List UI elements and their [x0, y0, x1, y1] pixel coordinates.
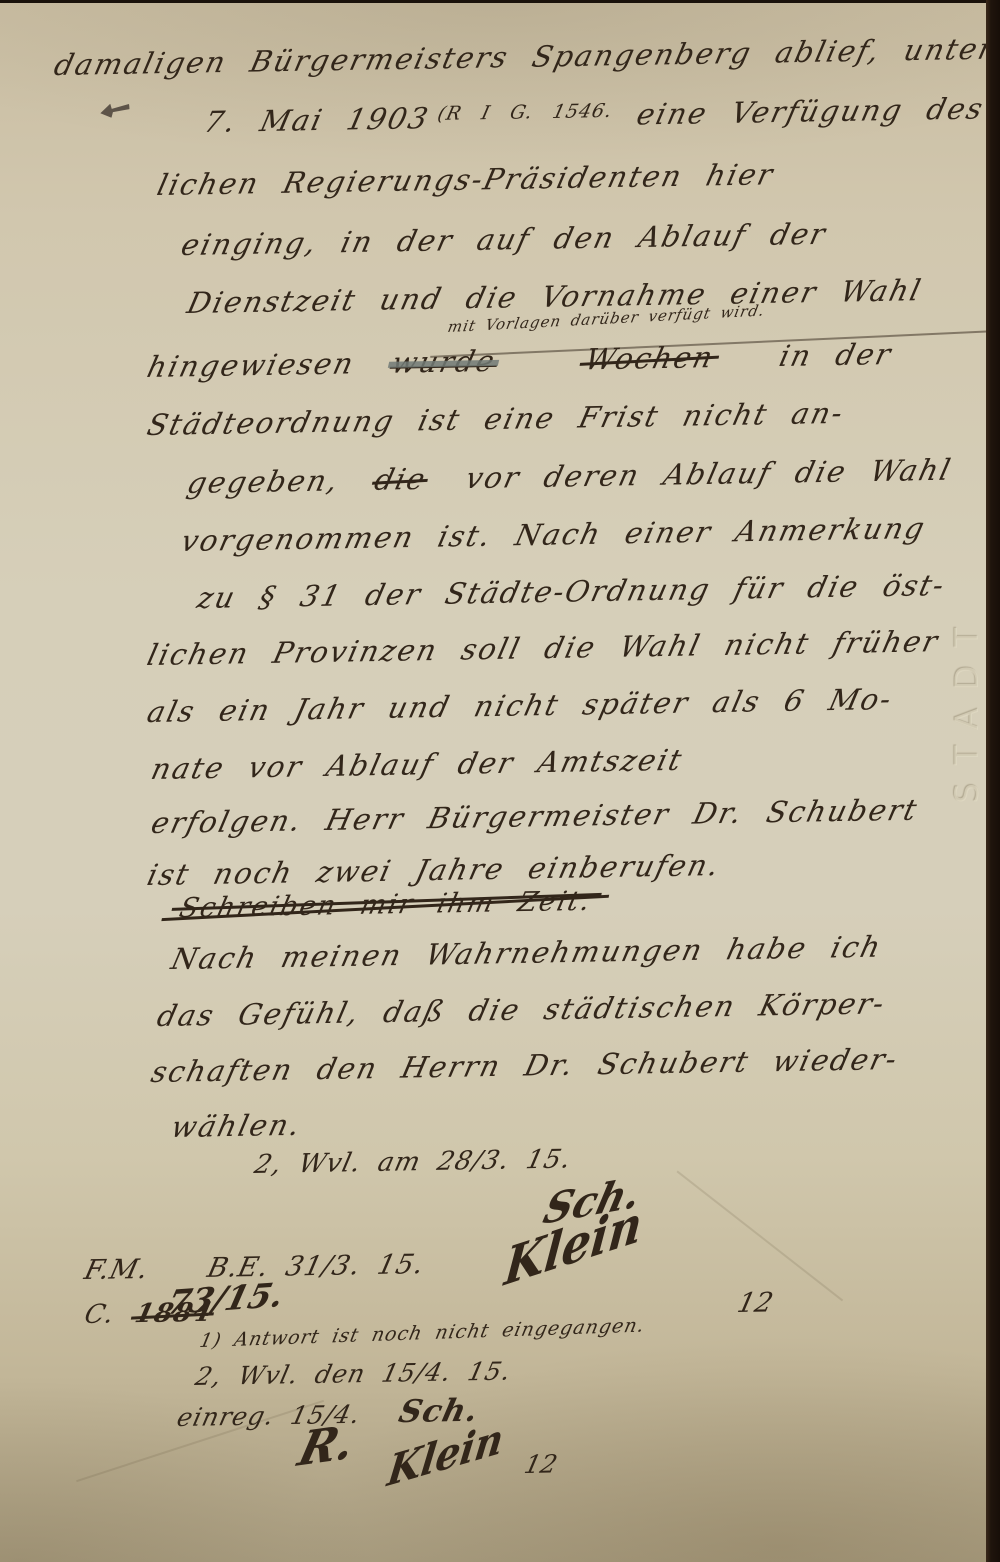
body-line-15: ist noch zwei Jahre einberufen.	[144, 848, 724, 892]
page-number-1: 12	[734, 1287, 776, 1319]
body-line-8-pre: gegeben,	[184, 463, 343, 500]
resubmission-note-1: 2, Wvl. am 28/3. 15.	[252, 1144, 575, 1180]
body-line-2: 7. Mai 1903(R I G. 1546.eine Verfügung d…	[201, 87, 1000, 139]
body-line-9: vorgenommen ist. Nach einer Anmerkung	[178, 511, 929, 558]
file-reference-rig-1546: (R I G. 1546.	[436, 100, 615, 125]
body-line-17: Nach meinen Wahrnehmungen habe ich	[168, 930, 885, 977]
registry-c-prefix: C.	[82, 1299, 118, 1330]
struck-word-ink: die	[371, 462, 430, 497]
body-line-10: zu § 31 der Städte-Ordnung für die öst-	[194, 568, 949, 615]
body-line-3: lichen Regierungs-Präsidenten hier	[154, 157, 778, 202]
body-line-8: gegeben, die vor deren Ablauf die Wahl	[184, 453, 955, 500]
page-number-2: 12	[522, 1449, 561, 1479]
body-line-6-post: in der	[776, 337, 896, 373]
file-number: 73/15.	[163, 1275, 288, 1323]
body-line-20: wählen.	[168, 1108, 305, 1144]
struck-word-ink: Wochen	[582, 340, 718, 376]
body-line-6-pre: hingewiesen	[144, 346, 358, 384]
registry-fm: F.M.	[81, 1254, 152, 1286]
body-line-12: als ein Jahr und nicht später als 6 Mo-	[144, 682, 896, 729]
struck-word-pencil: wurde	[389, 344, 500, 380]
body-line-13: nate vor Ablauf der Amtszeit	[148, 743, 687, 786]
body-line-14: erfolgen. Herr Bürgermeister Dr. Schuber…	[148, 793, 922, 841]
struck-sentence: Schreiben mir ihm Zeit.	[176, 886, 595, 924]
ink-blot-mark	[99, 101, 131, 120]
photo-edge-right	[986, 0, 1000, 1562]
body-line-7: Städteordnung ist eine Frist nicht an-	[144, 396, 848, 442]
body-line-4: einging, in der auf den Ablauf der	[178, 217, 830, 262]
body-line-1: damaligen Bürgermeisters Spangenberg abl…	[51, 31, 1000, 82]
date-7-mai-1903: 7. Mai 1903	[201, 101, 433, 139]
body-line-8-post: vor deren Ablauf die Wahl	[463, 453, 956, 496]
photo-edge-top	[0, 0, 1000, 3]
body-line-2-rest: eine Verfügung des Herrn König-	[633, 87, 1000, 132]
body-line-19: schaften den Herrn Dr. Schubert wieder-	[148, 1042, 902, 1089]
resubmission-note-2: 2, Wvl. den 15/4. 15.	[193, 1356, 515, 1391]
embossed-watermark: STADT	[948, 610, 986, 803]
answer-pending-note: 1) Antwort ist noch nicht eingegangen.	[198, 1314, 647, 1352]
body-line-6: hingewiesen wurde Wochen in der	[144, 337, 896, 384]
body-line-18: das Gefühl, daß die städtischen Körper-	[154, 986, 889, 1033]
paper-crease	[677, 1171, 843, 1301]
manuscript-page: STADT damaligen Bürgermeisters Spangenbe…	[0, 0, 1000, 1562]
body-line-16-struck: Schreiben mir ihm Zeit.	[176, 886, 595, 924]
body-line-11: lichen Provinzen soll die Wahl nicht frü…	[144, 624, 943, 672]
